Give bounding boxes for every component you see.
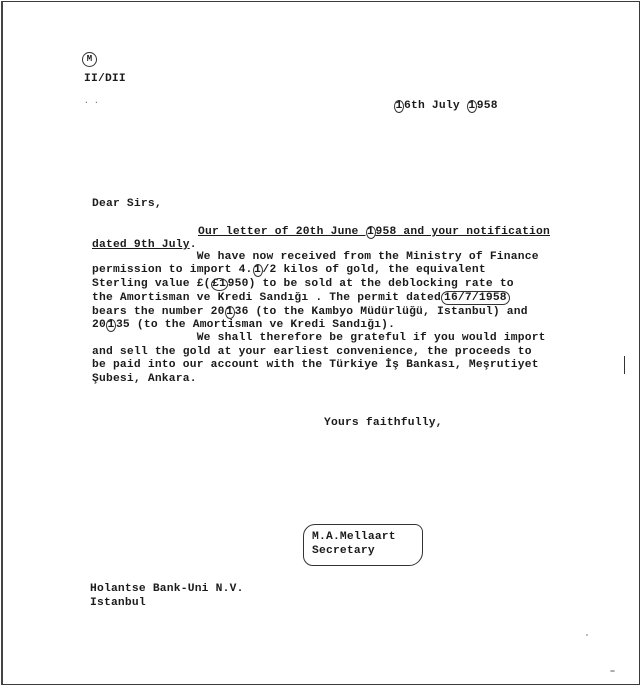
p2-line-3: be paid into our account with the Türkiy… — [92, 359, 546, 372]
reference-code: II/DII — [84, 72, 126, 86]
addressee-city: Istanbul — [90, 596, 244, 610]
p1-line-4: the Amortisman ve Kredi Sandığı . The pe… — [92, 291, 546, 305]
letter-date: 16th July 1958 — [394, 99, 498, 113]
p2-line-2: and sell the gold at your earliest conve… — [92, 346, 546, 359]
paper-speck — [610, 670, 615, 672]
permit-number-correction-1: 1 — [225, 306, 235, 319]
body-paragraph-1: We have now received from the Ministry o… — [92, 251, 546, 386]
p1-line-6: 20135 (to the Amortisman ve Kredi Sandığ… — [92, 319, 546, 332]
date-text: 6th July — [404, 100, 467, 112]
amount-correction: £1 — [211, 278, 228, 291]
subject-text-a: Our letter of 20th June — [198, 226, 366, 238]
closing: Yours faithfully, — [324, 416, 443, 430]
reference-circle-mark: M — [82, 52, 97, 67]
p1-line-1: We have now received from the Ministry o… — [92, 251, 546, 264]
margin-dots: . . — [84, 95, 99, 109]
permit-date-oval: 16/7/1958 — [441, 291, 510, 305]
salutation: Dear Sirs, — [92, 197, 162, 211]
margin-mark — [624, 356, 625, 374]
quantity-correction: 1 — [253, 264, 263, 277]
addressee-block: Holantse Bank-Uni N.V.Istanbul — [90, 582, 244, 610]
p1-line-3: Sterling value £(£1950) to be sold at th… — [92, 278, 546, 291]
subject-text-b: 958 and your notification — [376, 226, 550, 238]
p1-line-5: bears the number 20136 (to the Kambyo Mü… — [92, 306, 546, 319]
addressee-name: Holantse Bank-Uni N.V. — [90, 582, 244, 596]
p1-line-2: permission to import 4.1/2 kilos of gold… — [92, 264, 546, 277]
subject-year-correction: 1 — [366, 226, 376, 239]
p2-line-4: Şubesi, Ankara. — [92, 373, 546, 386]
p2-line-1: We shall therefore be grateful if you wo… — [92, 332, 546, 345]
permit-number-correction-2: 1 — [106, 319, 116, 332]
signatory-name: M.A.Mellaart — [312, 530, 396, 544]
paper-speck — [586, 634, 588, 636]
signature-block: M.A.MellaartSecretary — [312, 530, 396, 558]
subject-line-1: Our letter of 20th June 1958 and your no… — [198, 225, 550, 239]
subject-period: . — [190, 239, 197, 251]
subject-date: dated 9th July — [92, 239, 190, 251]
subject-line-2: dated 9th July. — [92, 238, 197, 252]
date-day-correction: 1 — [394, 100, 404, 113]
signatory-title: Secretary — [312, 544, 396, 558]
date-year-correction: 1 — [467, 100, 477, 113]
date-year-text: 958 — [477, 100, 498, 112]
